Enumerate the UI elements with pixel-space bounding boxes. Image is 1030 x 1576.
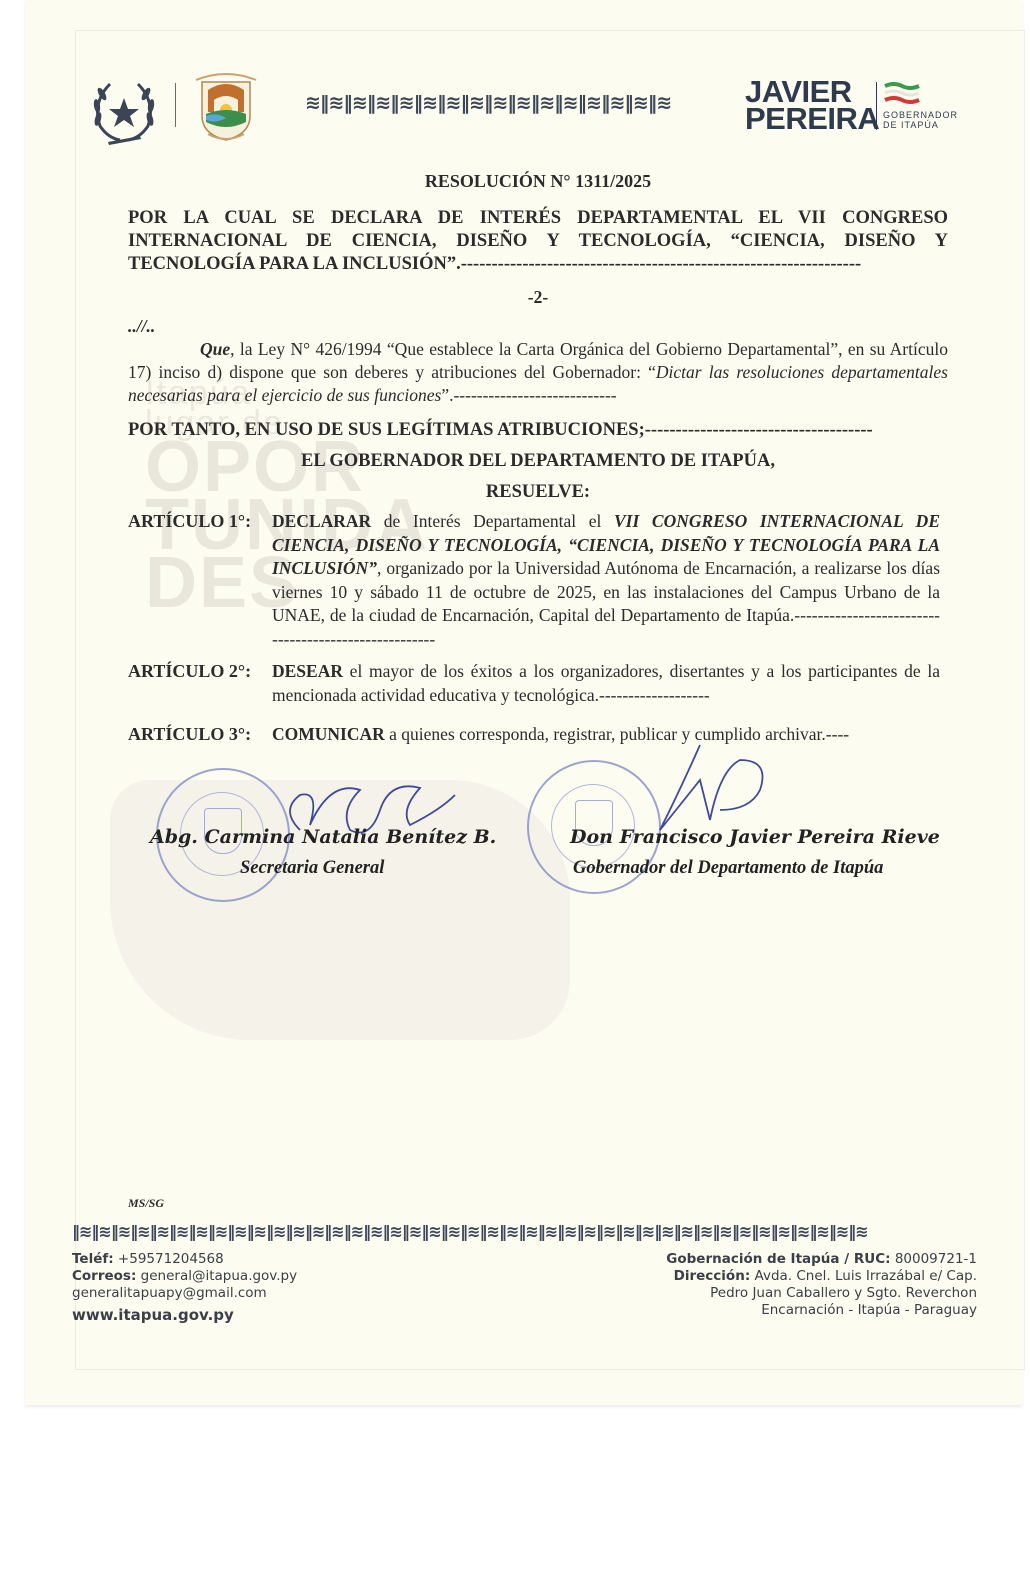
article-3: ARTÍCULO 3°: COMUNICAR a quienes corresp… <box>128 723 940 747</box>
signature-scribble-gobernador <box>640 740 780 840</box>
address-line: Encarnación - Itapúa - Paraguay <box>666 1302 977 1319</box>
org-label: Gobernación de Itapúa / RUC: <box>666 1251 890 1267</box>
footer-contact: Teléf: +59571204568 Correos: general@ita… <box>72 1251 297 1302</box>
footer-address: Gobernación de Itapúa / RUC: 80009721-1 … <box>666 1251 977 1319</box>
footer-decorative-pattern: ‖≋‖≋‖≋‖≋‖≋‖≋‖≋‖≋‖≋‖≋‖≋‖≋‖≋‖≋‖≋‖≋‖≋‖≋‖≋‖≋… <box>72 1222 977 1241</box>
authority-line: EL GOBERNADOR DEL DEPARTAMENTO DE ITAPÚA… <box>128 450 948 473</box>
resolution-subject: POR LA CUAL SE DECLARA DE INTERÉS DEPART… <box>128 207 948 276</box>
considerando-paragraph: Que, la Ley N° 426/1994 “Que establece l… <box>128 338 948 407</box>
signatory-title: Secretaria General <box>240 858 384 879</box>
article-1: ARTÍCULO 1°: DECLARAR de Interés Departa… <box>128 510 940 651</box>
letterhead: ≋‖≋‖≋‖≋‖≋‖≋‖≋‖≋‖≋‖≋‖≋‖≋‖≋‖≋‖≋‖≋ JAVIER P… <box>0 70 1030 145</box>
email-label: Correos: <box>72 1268 136 1284</box>
brand-subtitle: GOBERNADOR DE ITAPÚA <box>883 110 958 130</box>
por-tanto: POR TANTO, EN USO DE SUS LEGÍTIMAS ATRIB… <box>128 419 948 442</box>
article-2: ARTÍCULO 2°: DESEAR el mayor de los éxit… <box>128 660 940 707</box>
email-link[interactable]: generalitapuapy@gmail.com <box>72 1285 297 1302</box>
brand-subtitle-line: DE ITAPÚA <box>883 120 958 130</box>
brand-last-name: PEREIRA <box>745 105 879 132</box>
phone-label: Teléf: <box>72 1251 114 1267</box>
considerando-lead: Que <box>200 339 230 359</box>
signatory-name: Abg. Carmina Natalia Benítez B. <box>150 826 496 848</box>
article-verb: COMUNICAR <box>272 724 385 744</box>
resuelve-heading: RESUELVE: <box>128 481 948 504</box>
brand-divider <box>876 82 877 130</box>
continuation-mark: ..//.. <box>128 315 948 338</box>
article-verb: DECLARAR <box>272 511 371 531</box>
article-text: el mayor de los éxitos a los organizador… <box>272 661 940 705</box>
address-line: Pedro Juan Caballero y Sgto. Reverchon <box>666 1285 977 1302</box>
article-label: ARTÍCULO 2°: <box>128 660 251 684</box>
page-number: -2- <box>128 286 948 309</box>
header-divider <box>175 83 176 127</box>
article-verb: DESEAR <box>272 661 343 681</box>
article-label: ARTÍCULO 1°: <box>128 510 251 534</box>
considerando-text-end: ”.---------------------------- <box>441 385 616 405</box>
phone-number: +59571204568 <box>114 1251 224 1267</box>
address-line: Avda. Cnel. Luis Irrazábal e/ Cap. <box>750 1268 977 1284</box>
flag-waves-icon <box>884 82 920 104</box>
address-label: Dirección: <box>674 1268 751 1284</box>
signatory-title: Gobernador del Departamento de Itapúa <box>573 858 883 879</box>
itapua-coat-of-arms-icon <box>192 70 260 142</box>
email-link[interactable]: general@itapua.gov.py <box>136 1268 297 1284</box>
website-link[interactable]: www.itapua.gov.py <box>72 1306 234 1324</box>
signatory-name: Don Francisco Javier Pereira Rieve <box>570 826 940 848</box>
brand-subtitle-line: GOBERNADOR <box>883 110 958 120</box>
header-decorative-pattern: ≋‖≋‖≋‖≋‖≋‖≋‖≋‖≋‖≋‖≋‖≋‖≋‖≋‖≋‖≋‖≋ <box>305 92 671 114</box>
article-label: ARTÍCULO 3°: <box>128 723 251 747</box>
resolution-title: RESOLUCIÓN N° 1311/2025 <box>128 170 948 193</box>
ruc-number: 80009721-1 <box>891 1251 977 1267</box>
paraguay-coat-of-arms-icon <box>88 76 160 146</box>
brand-logo: JAVIER PEREIRA <box>745 78 879 132</box>
drafter-initials: MS/SG <box>128 1196 164 1211</box>
article-text: de Interés Departamental el <box>371 511 614 531</box>
